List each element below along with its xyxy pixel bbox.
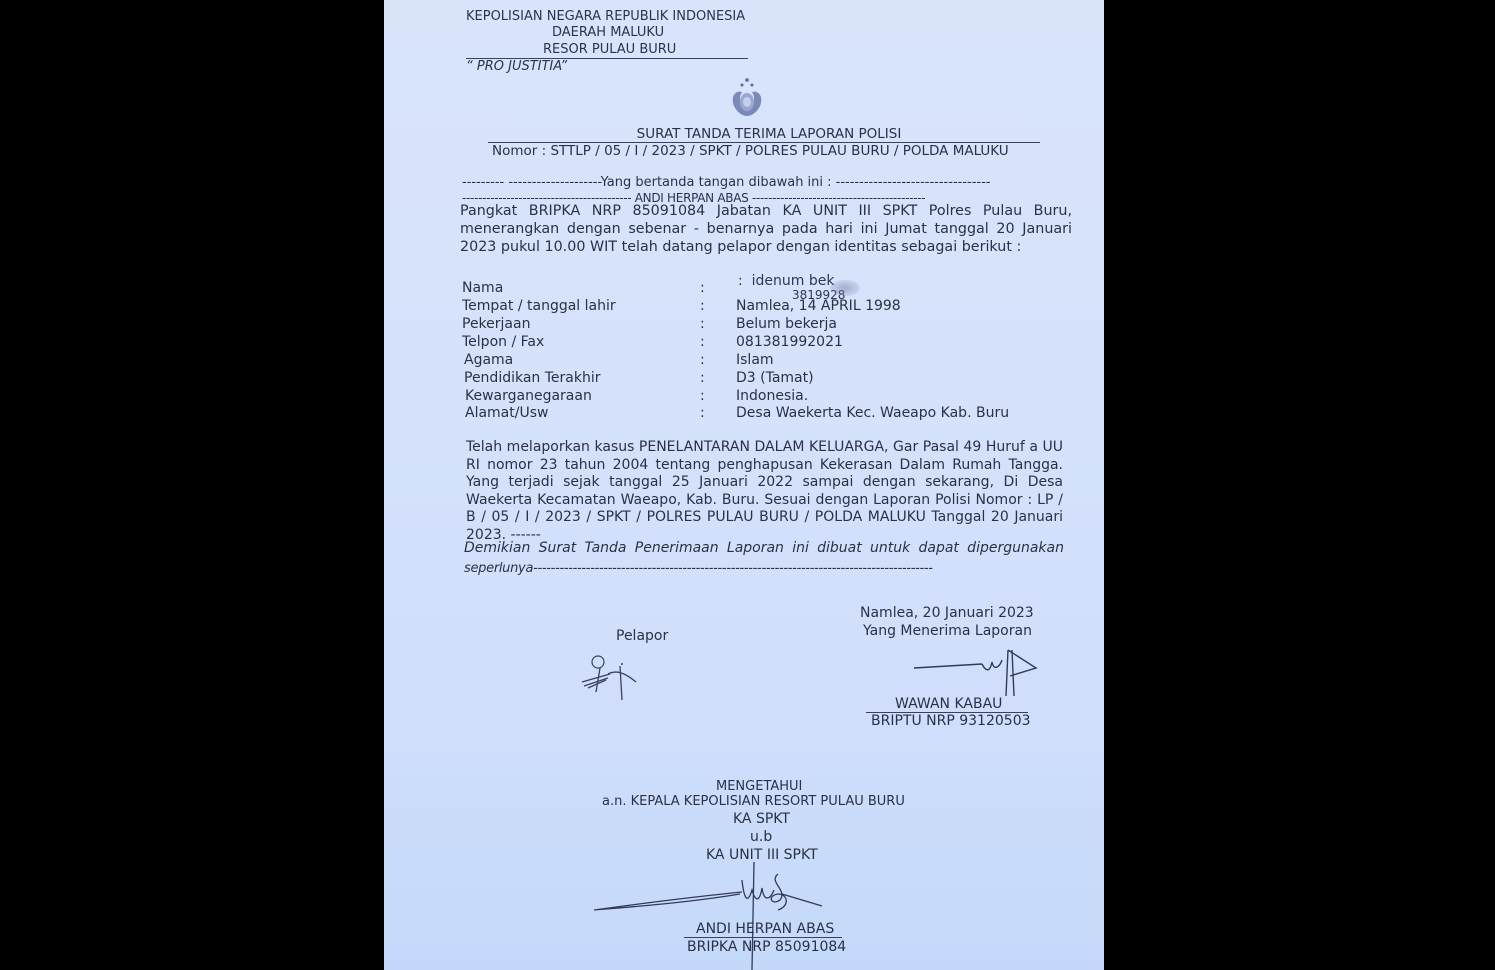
identity-row: Tempat / tanggal lahir:Namlea, 14 APRIL …	[384, 298, 1104, 316]
closing-statement-end: seperlunya------------------------------…	[464, 561, 933, 577]
identity-colon: :	[700, 334, 705, 350]
receiver-name: WAWAN KABAU	[895, 696, 1002, 712]
identity-label: Kewarganegaraan	[465, 388, 592, 404]
identity-colon: :	[700, 388, 705, 404]
pelapor-label: Pelapor	[616, 628, 668, 644]
identity-label: Tempat / tanggal lahir	[462, 298, 616, 314]
place-date: Namlea, 20 Januari 2023	[860, 605, 1034, 621]
document-title: SURAT TANDA TERIMA LAPORAN POLISI	[384, 126, 1104, 142]
identity-row: Agama:Islam	[384, 352, 1104, 370]
identity-row: Telpon / Fax:081381992021	[384, 334, 1104, 352]
identity-label: Nama	[462, 280, 503, 296]
pelapor-signature	[580, 652, 650, 706]
identity-value: D3 (Tamat)	[736, 370, 814, 386]
header-institution: KEPOLISIAN NEGARA REPUBLIK INDONESIA	[466, 9, 745, 25]
identity-value: Indonesia.	[736, 388, 808, 404]
closing-statement: Demikian Surat Tanda Penerimaan Laporan …	[464, 540, 1064, 558]
signer-intro-line: --------- --------------------Yang berta…	[462, 175, 990, 191]
identity-colon: :	[700, 316, 705, 332]
ack-name: ANDI HERPAN ABAS	[696, 921, 834, 937]
signer-paragraph: Pangkat BRIPKA NRP 85091084 Jabatan KA U…	[460, 202, 1072, 256]
identity-row: Alamat/Usw:Desa Waekerta Kec. Waeapo Kab…	[384, 405, 1104, 423]
identity-label: Alamat/Usw	[465, 405, 548, 421]
identity-colon: :	[700, 370, 705, 386]
identity-value: 081381992021	[736, 334, 843, 350]
identity-label: Agama	[464, 352, 513, 368]
identity-value: Islam	[736, 352, 774, 368]
identity-label: Telpon / Fax	[462, 334, 544, 350]
identity-row: Pekerjaan:Belum bekerja	[384, 316, 1104, 334]
identity-row: Kewarganegaraan:Indonesia.	[384, 388, 1104, 406]
ack-rank: BRIPKA NRP 85091084	[687, 939, 846, 955]
identity-label: Pendidikan Terakhir	[464, 370, 601, 386]
identity-label: Pekerjaan	[462, 316, 530, 332]
identity-colon: :	[700, 280, 705, 296]
identity-row: Pendidikan Terakhir:D3 (Tamat)	[384, 370, 1104, 388]
identity-colon: :	[700, 405, 705, 421]
header-resort: RESOR PULAU BURU	[543, 42, 676, 58]
header-region: DAERAH MALUKU	[552, 25, 664, 41]
identity-colon: :	[700, 352, 705, 368]
document-number: Nomor : STTLP / 05 / I / 2023 / SPKT / P…	[492, 143, 1009, 159]
identity-colon: :	[700, 298, 705, 314]
report-paragraph: Telah melaporkan kasus PENELANTARAN DALA…	[466, 439, 1063, 545]
ack-underline	[684, 937, 842, 938]
receiver-label: Yang Menerima Laporan	[863, 623, 1032, 639]
ink-smudge	[830, 280, 860, 296]
document-page: KEPOLISIAN NEGARA REPUBLIK INDONESIA DAE…	[384, 0, 1104, 970]
receiver-rank: BRIPTU NRP 93120503	[871, 713, 1031, 729]
ack-mengetahui: MENGETAHUI	[716, 779, 802, 795]
police-emblem-icon	[728, 76, 766, 120]
identity-value: Belum bekerja	[736, 316, 837, 332]
ack-on-behalf: a.n. KEPALA KEPOLISIAN RESORT PULAU BURU	[602, 794, 905, 810]
pro-justitia: “ PRO JUSTITIA”	[466, 59, 567, 75]
ack-ka-spkt: KA SPKT	[733, 811, 790, 827]
name-overlay-text: : idenum bek	[738, 273, 834, 289]
identity-value: Desa Waekerta Kec. Waeapo Kab. Buru	[736, 405, 1009, 421]
ack-ub: u.b	[750, 829, 772, 845]
